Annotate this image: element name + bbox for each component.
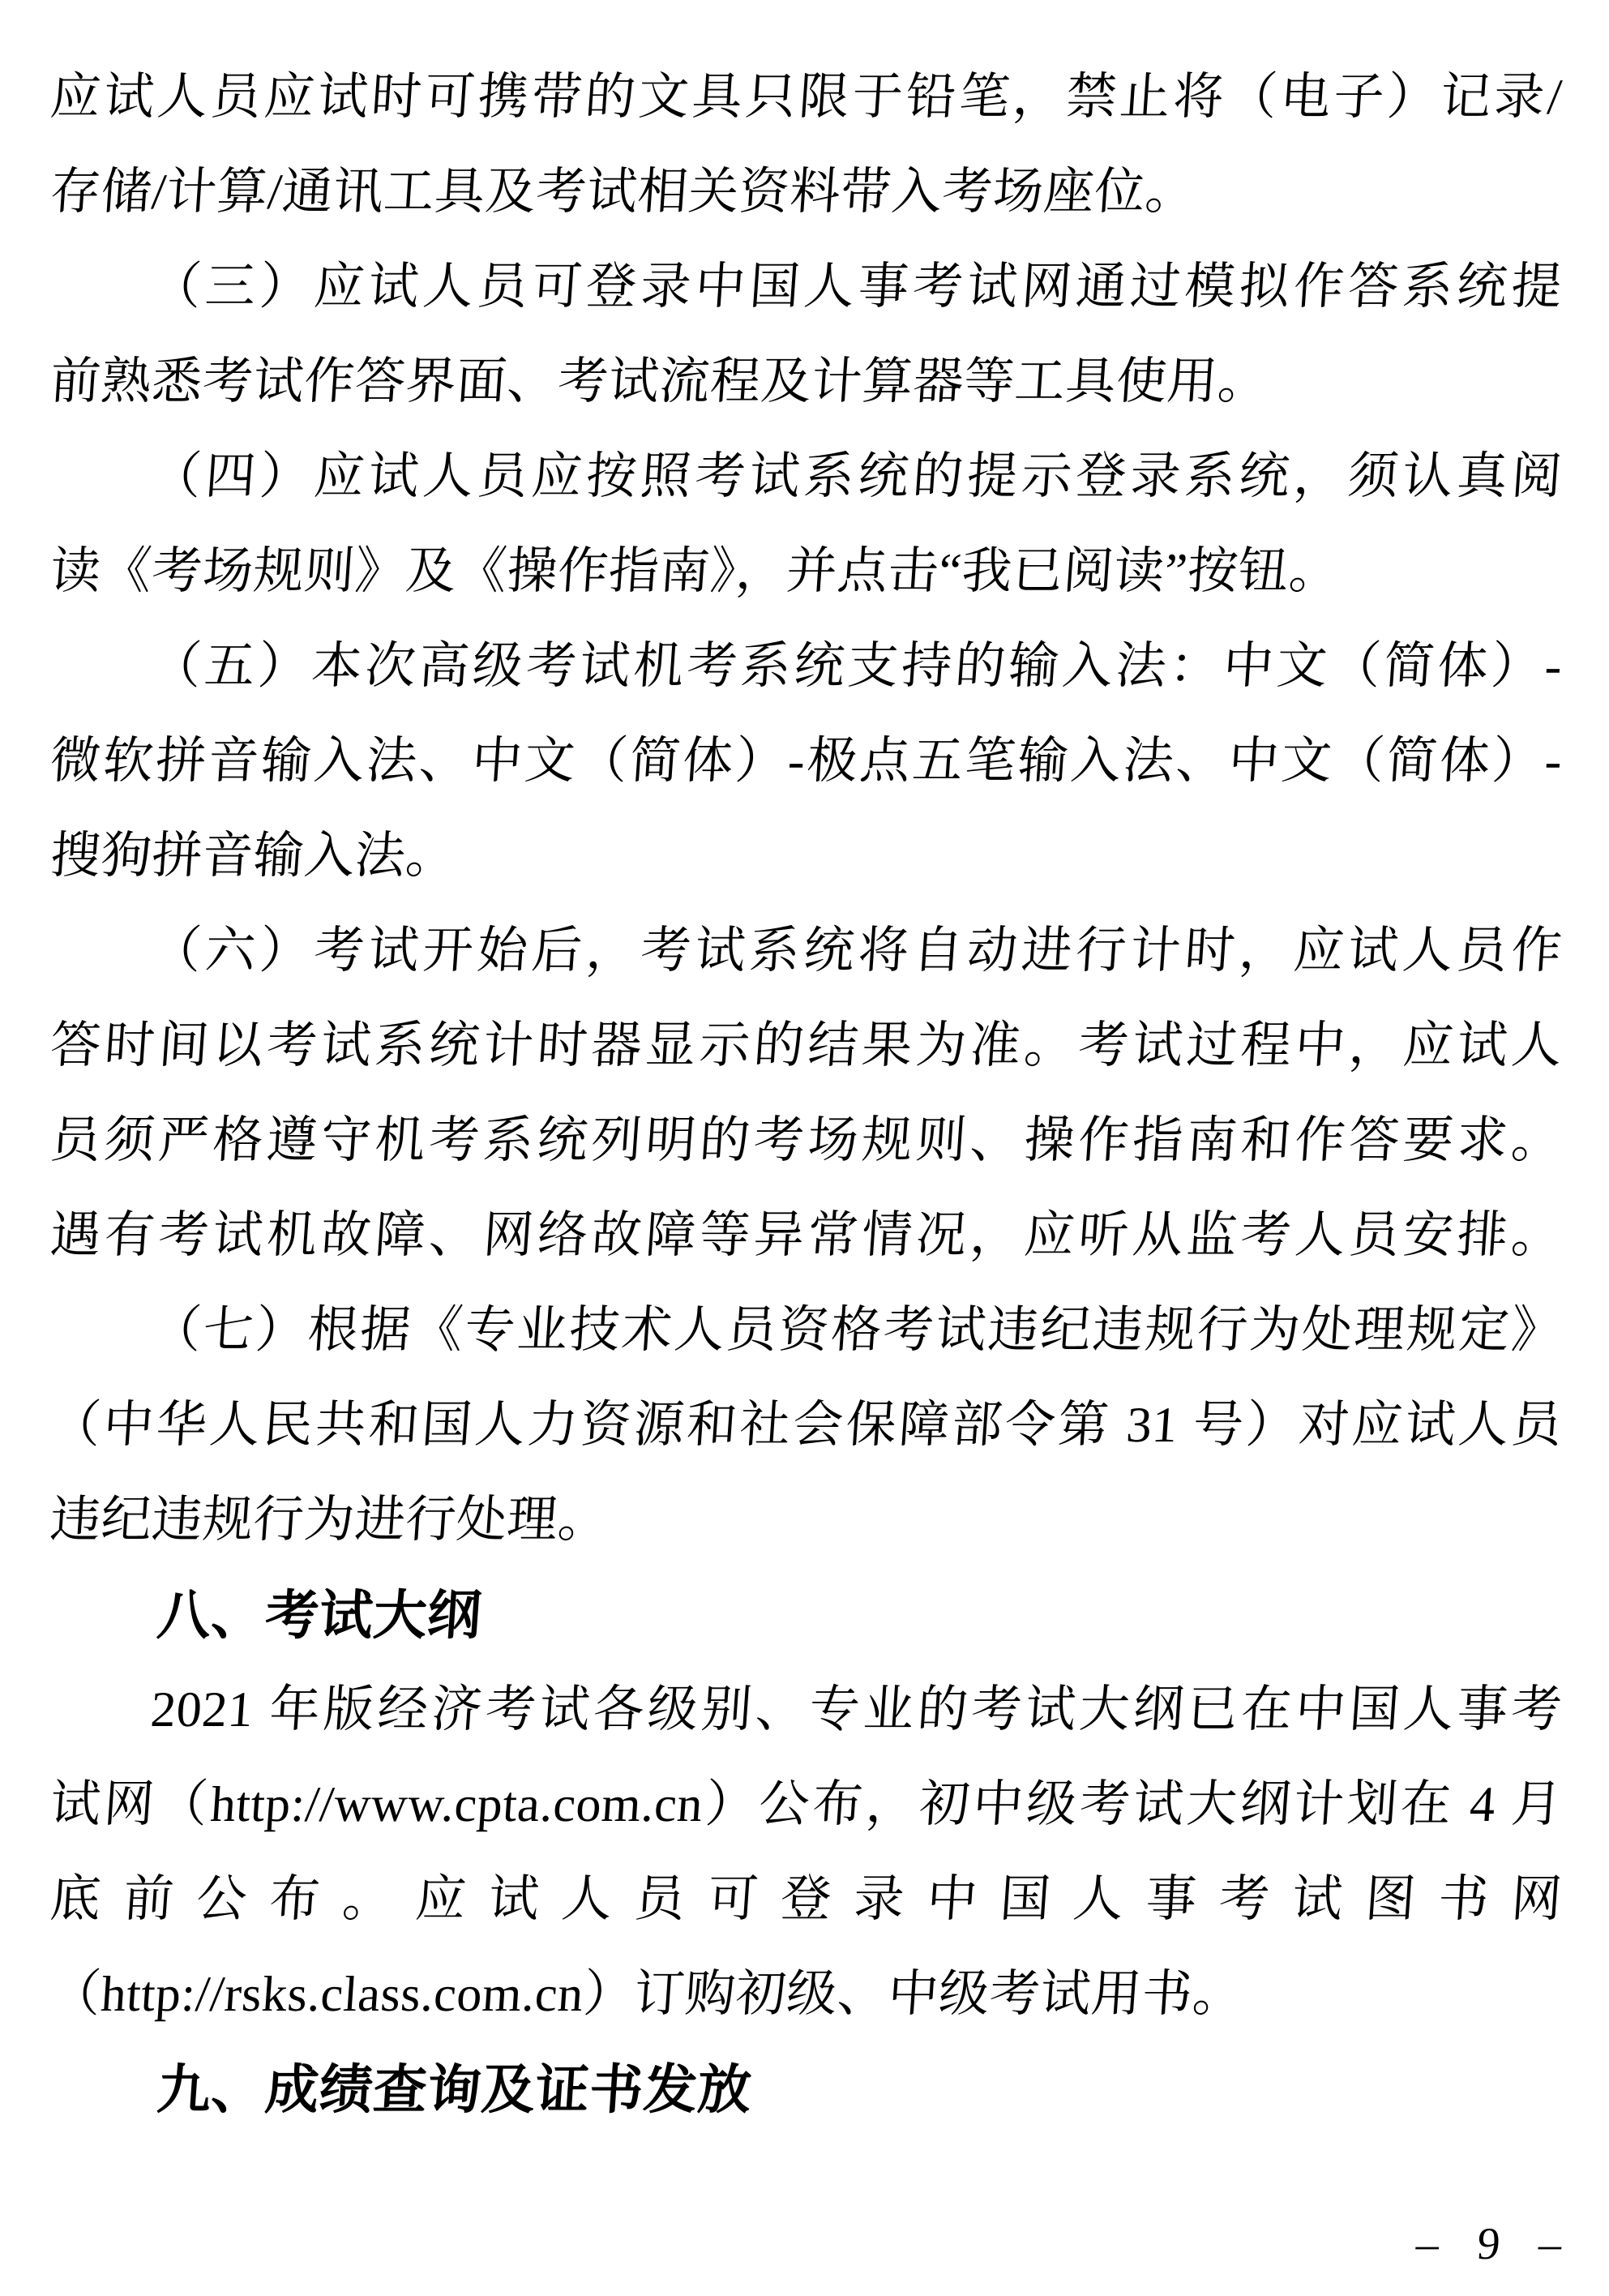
body-line: 员须严格遵守机考系统列明的考场规则、操作指南和作答要求。: [47, 1094, 1565, 1189]
body-line: 微软拼音输入法、中文（简体）-极点五笔输入法、中文（简体）-: [47, 714, 1565, 809]
body-line: （http://rsks.class.com.cn）订购初级、中级考试用书。: [47, 1947, 1565, 2042]
section-heading-score-and-certificate: 九、成绩查询及证书发放: [47, 2042, 1565, 2137]
body-line: （四）应试人员应按照考试系统的提示登录系统，须认真阅: [47, 430, 1565, 525]
body-line: 读《考场规则》及《操作指南》，并点击“我已阅读”按钮。: [47, 525, 1565, 619]
body-line: （五）本次高级考试机考系统支持的输入法：中文（简体）-: [47, 619, 1565, 714]
body-line: 试网（http://www.cpta.com.cn）公布，初中级考试大纲计划在 …: [47, 1758, 1565, 1853]
body-line: 遇有考试机故障、网络故障等异常情况，应听从监考人员安排。: [47, 1189, 1565, 1283]
page-number: – 9 –: [1414, 2220, 1577, 2268]
body-line: （七）根据《专业技术人员资格考试违纪违规行为处理规定》: [47, 1283, 1565, 1378]
body-line: 底前公布。应试人员可登录中国人事考试图书网: [47, 1853, 1565, 1947]
body-line: （六）考试开始后，考试系统将自动进行计时，应试人员作: [47, 904, 1565, 999]
body-line: 存储/计算/通讯工具及考试相关资料带入考场座位。: [47, 145, 1565, 240]
document-page: 应试人员应试时可携带的文具只限于铅笔，禁止将（电子）记录/ 存储/计算/通讯工具…: [0, 0, 1609, 2296]
body-line: 前熟悉考试作答界面、考试流程及计算器等工具使用。: [47, 335, 1565, 430]
body-line: 违纪违规行为进行处理。: [47, 1473, 1565, 1568]
section-heading-exam-outline: 八、考试大纲: [47, 1568, 1565, 1663]
body-line: 答时间以考试系统计时器显示的结果为准。考试过程中，应试人: [47, 999, 1565, 1094]
body-line: （中华人民共和国人力资源和社会保障部令第 31 号）对应试人员: [47, 1378, 1565, 1473]
body-line: 应试人员应试时可携带的文具只限于铅笔，禁止将（电子）记录/: [47, 50, 1565, 145]
body-line: 2021 年版经济考试各级别、专业的考试大纲已在中国人事考: [47, 1663, 1565, 1758]
body-line: （三）应试人员可登录中国人事考试网通过模拟作答系统提: [47, 240, 1565, 335]
body-line: 搜狗拼音输入法。: [47, 809, 1565, 904]
